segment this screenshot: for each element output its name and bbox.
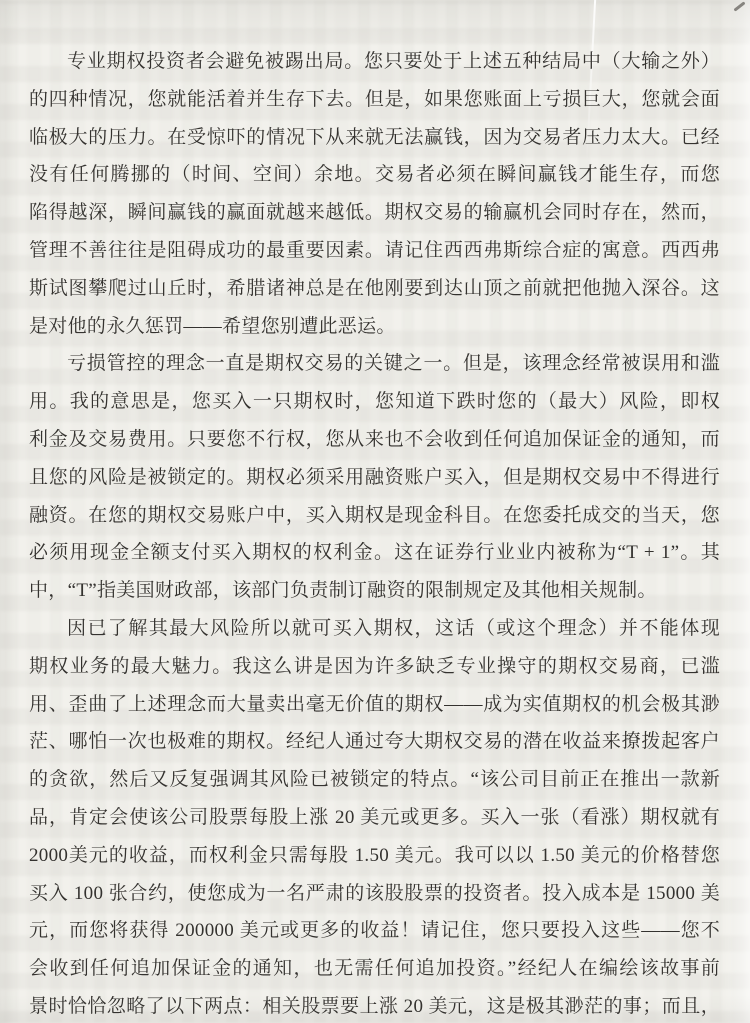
scanned-page: 专业期权投资者会避免被踢出局。您只要处于上述五种结局中（大输之外）的四种情况，您… <box>0 0 750 1023</box>
text-line: 买入 100 张合约，使您成为一名严肃的该股股票的投资者。投入成本是 15000… <box>29 875 720 913</box>
text-block: 专业期权投资者会避免被踢出局。您只要处于上述五种结局中（大输之外）的四种情况，您… <box>29 43 720 1023</box>
paragraph: 因已了解其最大风险所以就可买入期权，这话（或这个理念）并不能体现期权业务的最大魅… <box>29 610 720 1023</box>
paragraph: 亏损管控的理念一直是期权交易的关键之一。但是，该理念经常被误用和滥用。我的意思是… <box>29 345 720 610</box>
text-line: 陷得越深，瞬间赢钱的赢面就越来越低。期权交易的输赢机会同时存在，然而， <box>29 194 720 232</box>
text-line: 会收到任何追加保证金的通知，也无需任何追加投资。”经纪人在编绘该故事前 <box>29 950 720 988</box>
text-line: 临极大的压力。在受惊吓的情况下从来就无法赢钱，因为交易者压力太大。已经 <box>29 119 720 157</box>
text-line: 中，“T”指美国财政部，该部门负责制订融资的限制规定及其他相关规制。 <box>29 572 720 610</box>
text-line: 景时恰恰忽略了以下两点：相关股票要上涨 20 美元，这是极其渺茫的事；而且， <box>29 988 720 1023</box>
text-line: 专业期权投资者会避免被踢出局。您只要处于上述五种结局中（大输之外） <box>29 43 720 81</box>
text-line: 2000美元的收益，而权利金只需每股 1.50 美元。我可以以 1.50 美元的… <box>29 837 720 875</box>
text-line: 是对他的永久惩罚——希望您别遭此恶运。 <box>29 308 720 346</box>
text-line: 用。我的意思是，您买入一只期权时，您知道下跌时您的（最大）风险，即权 <box>29 383 720 421</box>
text-line: 期权业务的最大魅力。我这么讲是因为许多缺乏专业操守的期权交易商，已滥 <box>29 648 720 686</box>
corner-ink-mark <box>733 1 745 11</box>
text-line: 的贪欲，然后又反复强调其风险已被锁定的特点。“该公司目前正在推出一款新 <box>29 761 720 799</box>
text-line: 斯试图攀爬过山丘时，希腊诸神总是在他刚要到达山顶之前就把他抛入深谷。这 <box>29 270 720 308</box>
text-line: 融资。在您的期权交易账户中，买入期权是现金科目。在您委托成交的当天，您 <box>29 497 720 535</box>
text-line: 没有任何腾挪的（时间、空间）余地。交易者必须在瞬间赢钱才能生存，而您 <box>29 156 720 194</box>
text-line: 品，肯定会使该公司股票每股上涨 20 美元或更多。买入一张（看涨）期权就有 <box>29 799 720 837</box>
text-line: 因已了解其最大风险所以就可买入期权，这话（或这个理念）并不能体现 <box>29 610 720 648</box>
paragraph: 专业期权投资者会避免被踢出局。您只要处于上述五种结局中（大输之外）的四种情况，您… <box>29 43 720 345</box>
text-line: 管理不善往往是阻碍成功的最重要因素。请记住西西弗斯综合症的寓意。西西弗 <box>29 232 720 270</box>
text-line: 元，而您将获得 200000 美元或更多的收益！请记住，您只要投入这些——您不 <box>29 912 720 950</box>
text-line: 必须用现金全额支付买入期权的权利金。这在证券行业业内被称为“T + 1”。其 <box>29 534 720 572</box>
text-line: 且您的风险是被锁定的。期权必须采用融资账户买入，但是期权交易中不得进行 <box>29 459 720 497</box>
text-line: 利金及交易费用。只要您不行权，您从来也不会收到任何追加保证金的通知，而 <box>29 421 720 459</box>
text-line: 的四种情况，您就能活着并生存下去。但是，如果您账面上亏损巨大，您就会面 <box>29 81 720 119</box>
text-line: 用、歪曲了上述理念而大量卖出毫无价值的期权——成为实值期权的机会极其渺 <box>29 686 720 724</box>
text-line: 亏损管控的理念一直是期权交易的关键之一。但是，该理念经常被误用和滥 <box>29 345 720 383</box>
text-line: 茫、哪怕一次也极难的期权。经纪人通过夸大期权交易的潜在收益来撩拨起客户 <box>29 723 720 761</box>
